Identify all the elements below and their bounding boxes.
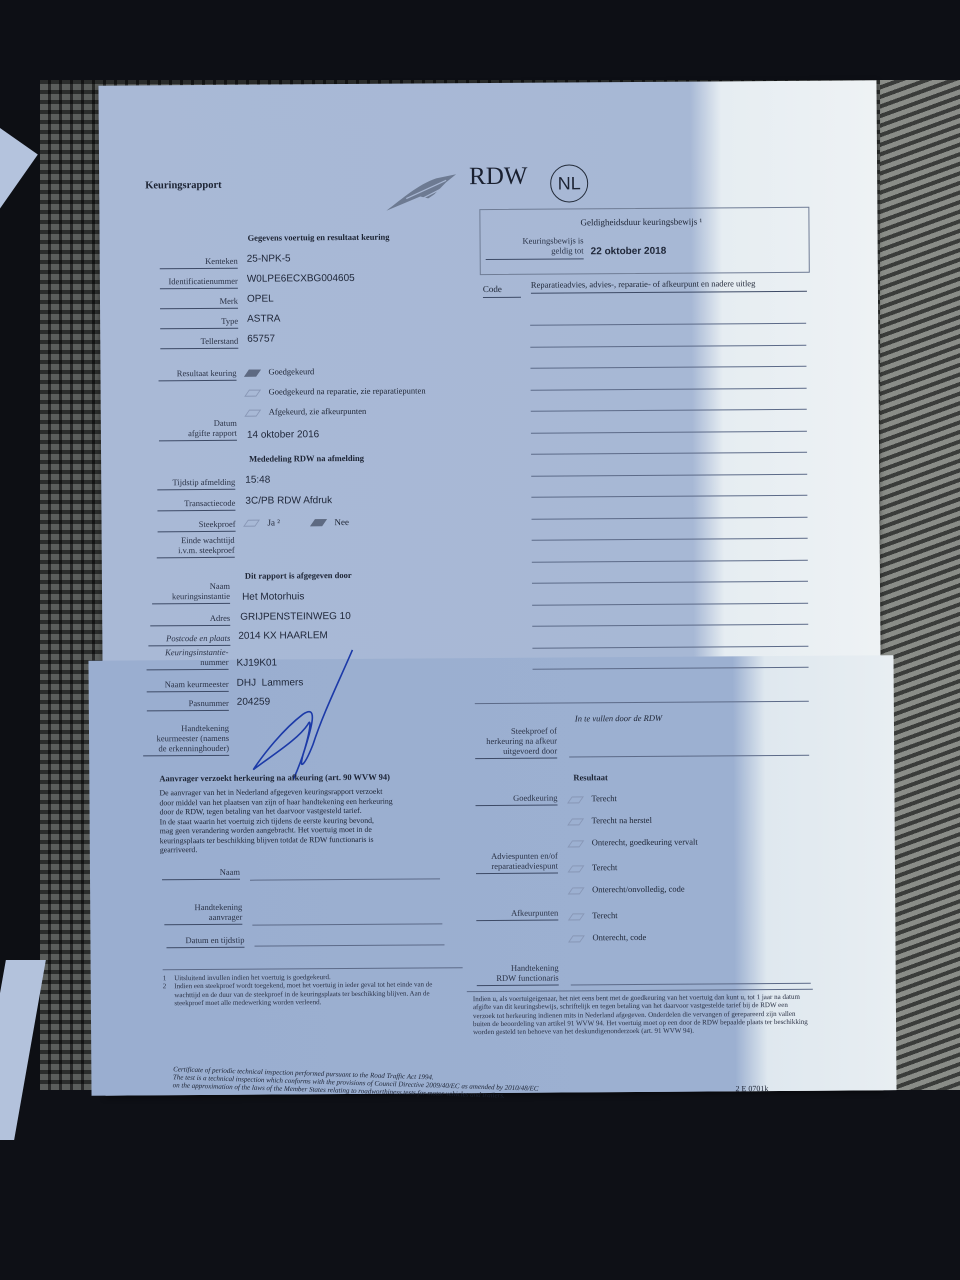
date-value: 14 oktober 2016 xyxy=(247,429,319,441)
datetime-label: Datum en tijdstip xyxy=(166,935,244,949)
time-value: 15:48 xyxy=(245,475,270,486)
vehicle-field-label: Kenteken xyxy=(160,256,238,270)
signature-label: Handtekeningkeurmeester (namensde erkenn… xyxy=(143,723,229,757)
sample-yes-label: Ja ² xyxy=(268,517,281,527)
time-label: Tijdstip afmelding xyxy=(157,477,235,491)
rdw-option-checkbox[interactable] xyxy=(568,887,585,894)
applicant-signature-label: Handtekeningaanvrager xyxy=(164,902,242,926)
code-row-line[interactable] xyxy=(532,516,808,519)
postcode-value: 2014 KX HAARLEM xyxy=(238,630,328,642)
reinspection-line: keuringsplaats ter beschikking blijven t… xyxy=(160,834,393,845)
sample-yes-checkbox[interactable] xyxy=(243,520,260,527)
rdw-brand: RDW xyxy=(469,163,528,191)
issuer-name-value: Het Motorhuis xyxy=(242,591,304,602)
vehicle-field-label: Identificatienummer xyxy=(160,276,238,290)
transaction-value: 3C/PB RDW Afdruk xyxy=(245,495,332,507)
notice-heading: Mededeling RDW na afmelding xyxy=(249,453,364,464)
result-checkbox[interactable] xyxy=(244,369,261,376)
rdw-option: Terecht na herstel xyxy=(570,815,652,826)
code-row-line[interactable] xyxy=(531,495,807,498)
result-heading: Resultaat xyxy=(573,772,608,782)
result-option: Goedgekeurd xyxy=(246,366,314,376)
sample-options: Ja ² Nee xyxy=(246,517,350,528)
validity-label: Keuringsbewijs isgeldig tot xyxy=(486,235,584,260)
rdw-option: Terecht xyxy=(569,793,616,803)
rdw-option-checkbox[interactable] xyxy=(568,865,585,872)
vehicle-field-label: Tellerstand xyxy=(160,336,238,350)
rdw-heading: In te vullen door de RDW xyxy=(575,713,662,724)
rdw-option-checkbox[interactable] xyxy=(567,840,584,847)
rdw-option: Onterecht, code xyxy=(570,932,646,943)
rdw-option: Onterecht, goedkeuring vervalt xyxy=(570,837,698,848)
vehicle-field-value: 25-NPK-5 xyxy=(247,253,291,264)
code-header: Code xyxy=(483,284,521,298)
code-row-line[interactable] xyxy=(532,645,808,648)
rdw-option: Onterecht/onvolledig, code xyxy=(570,884,685,895)
date-label: Datumafgifte rapport xyxy=(159,418,237,442)
background-leather-bottom xyxy=(0,1090,960,1280)
reinspection-body: De aanvrager van het in Nederland afgege… xyxy=(159,787,393,855)
sample-label: Steekproef xyxy=(158,519,236,533)
result-checkbox[interactable] xyxy=(244,389,261,396)
code-row-line[interactable] xyxy=(532,581,808,584)
validity-heading: Geldigheidsduur keuringsbewijs ¹ xyxy=(580,217,702,228)
vehicle-field-value: ASTRA xyxy=(247,313,280,324)
inspection-report-document: Keuringsrapport RDW NL Geldigheidsduur k… xyxy=(98,80,883,1095)
objection-text: Indien u, als voertuigeigenaar, het niet… xyxy=(473,993,808,1037)
side-paper-top xyxy=(0,100,38,253)
code-row-line[interactable] xyxy=(531,409,807,412)
code-row-line[interactable] xyxy=(531,452,807,455)
transaction-label: Transactiecode xyxy=(157,498,235,512)
goedkeuring-label: Goedkeuring xyxy=(475,793,557,807)
code-row-line[interactable] xyxy=(531,473,807,476)
vehicle-field-label: Type xyxy=(160,316,238,330)
code-row-line[interactable] xyxy=(530,323,806,326)
code-row-line[interactable] xyxy=(531,387,807,390)
footnotes: 1Uitsluitend invullen indien het voertui… xyxy=(163,972,453,1007)
code-row-line[interactable] xyxy=(530,344,806,347)
code-desc-header: Reparatieadvies, advies-, reparatie- of … xyxy=(531,278,807,294)
address-label: Adres xyxy=(150,613,230,627)
rdw-option: Terecht xyxy=(570,910,617,920)
footnote: 2Indien een steekproef wordt toegekend, … xyxy=(163,981,453,1008)
code-row-line[interactable] xyxy=(530,366,806,369)
validity-box: Geldigheidsduur keuringsbewijs ¹ Keuring… xyxy=(479,207,809,275)
document-title: Keuringsrapport xyxy=(145,180,221,192)
form-code: 2 E 0701k xyxy=(735,1084,768,1093)
advies-label: Adviespunten en/ofreparatieadviespunt xyxy=(476,851,558,875)
vehicle-field-label: Merk xyxy=(160,296,238,310)
address-value: GRIJPENSTEINWEG 10 xyxy=(240,611,351,623)
rdw-bird-logo-icon xyxy=(384,168,459,214)
afkeur-label: Afkeurpunten xyxy=(476,908,558,922)
sample-no-checkbox[interactable] xyxy=(310,520,327,527)
vehicle-field-value: W0LPE6ECXBG004605 xyxy=(247,273,355,285)
code-row-line[interactable] xyxy=(532,538,808,541)
result-option: Afgekeurd, zie afkeurpunten xyxy=(247,406,367,417)
nl-country-badge: NL xyxy=(550,164,588,202)
issuer-name-label: Naamkeuringsinstantie xyxy=(152,581,230,605)
rdw-option-checkbox[interactable] xyxy=(567,796,584,803)
code-row-line[interactable] xyxy=(531,430,807,433)
code-row-line[interactable] xyxy=(532,602,808,605)
wait-label: Einde wachttijdi.v.m. steekproef xyxy=(157,535,235,559)
code-row-line[interactable] xyxy=(532,559,808,562)
result-checkbox[interactable] xyxy=(244,409,261,416)
issuer-heading: Dit rapport is afgegeven door xyxy=(245,570,352,581)
validity-date: 22 oktober 2018 xyxy=(591,246,667,258)
vehicle-field-value: 65757 xyxy=(247,334,275,345)
applicant-name-label: Naam xyxy=(162,867,240,881)
reinspection-line: gearriveerd. xyxy=(160,844,393,855)
rdw-signature-label: HandtekeningRDW functionaris xyxy=(477,963,559,987)
performed-by-label: Steekproef ofherkeuring na afkeuruitgevo… xyxy=(475,726,557,760)
code-row-line[interactable] xyxy=(532,624,808,627)
vehicle-field-value: OPEL xyxy=(247,294,274,305)
inspector-signature xyxy=(242,644,363,785)
inspector-label: Naam keurmeester xyxy=(147,679,229,693)
pass-label: Pasnummer xyxy=(147,698,229,712)
reinspection-heading: Aanvrager verzoekt herkeuring na afkeuri… xyxy=(159,772,390,784)
rdw-option: Terecht xyxy=(570,862,617,872)
vehicle-heading: Gegevens voertuig en resultaat keuring xyxy=(248,232,390,243)
rdw-option-checkbox[interactable] xyxy=(567,818,584,825)
result-label: Resultaat keuring xyxy=(158,368,236,382)
postcode-label: Postcode en plaats xyxy=(148,633,230,647)
rdw-option-checkbox[interactable] xyxy=(568,913,585,920)
result-option: Goedgekeurd na reparatie, zie reparatiep… xyxy=(247,385,426,396)
sample-no-label: Nee xyxy=(334,517,349,527)
institution-number-label: Keuringsinstantie-nummer xyxy=(146,647,228,671)
rdw-option-checkbox[interactable] xyxy=(568,935,585,942)
